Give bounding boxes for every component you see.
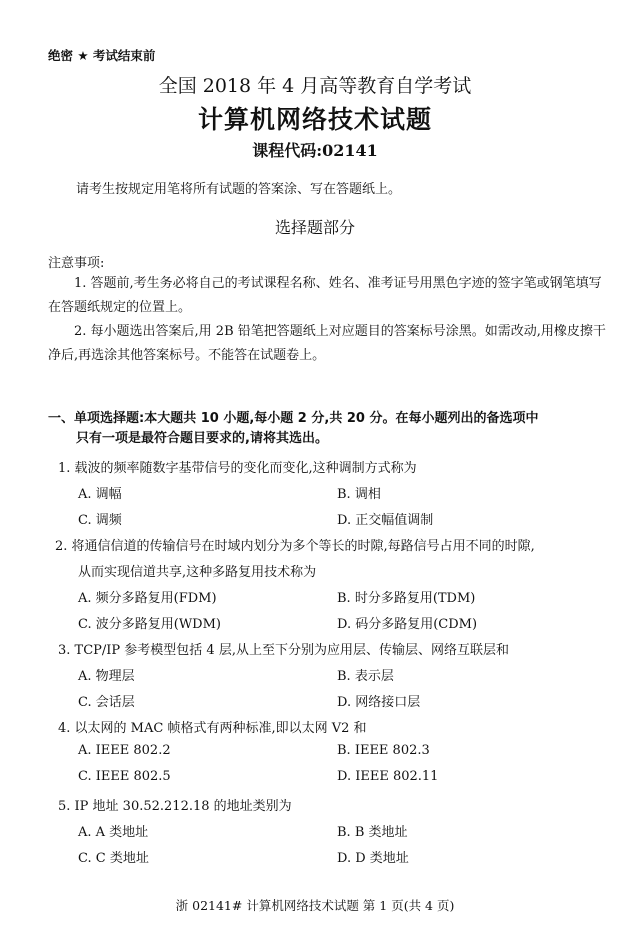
option: C. C 类地址 <box>78 847 149 866</box>
option: D. IEEE 802.11 <box>337 769 438 784</box>
question-stem: 4. 以太网的 MAC 帧格式有两种标准,即以太网 V2 和 <box>58 717 367 736</box>
section-heading-line: 只有一项是最符合题目要求的,请将其选出。 <box>48 429 628 449</box>
notes-heading: 注意事项: <box>48 252 104 271</box>
option: C. 会话层 <box>78 691 135 710</box>
section-heading: 一、单项选择题:本大题共 10 小题,每小题 2 分,共 20 分。在每小题列出… <box>48 409 628 449</box>
question-stem: 1. 载波的频率随数字基带信号的变化而变化,这种调制方式称为 <box>58 457 417 476</box>
confidential-label: 绝密 ★ 考试结束前 <box>48 46 155 64</box>
option: D. 网络接口层 <box>337 691 420 710</box>
option: B. IEEE 802.3 <box>337 743 430 758</box>
option: A. 物理层 <box>78 665 135 684</box>
option: B. 时分多路复用(TDM) <box>337 587 475 606</box>
subject-title: 计算机网络技术试题 <box>0 100 630 136</box>
option: C. 调频 <box>78 509 122 528</box>
option: A. A 类地址 <box>78 821 148 840</box>
option: D. D 类地址 <box>337 847 409 866</box>
option: A. 频分多路复用(FDM) <box>78 587 217 606</box>
option: D. 正交幅值调制 <box>337 509 433 528</box>
question-stem: 3. TCP/IP 参考模型包括 4 层,从上至下分别为应用层、传输层、网络互联… <box>58 639 509 658</box>
option: C. 波分多路复用(WDM) <box>78 613 221 632</box>
exam-title: 全国 2018 年 4 月高等教育自学考试 <box>0 71 630 98</box>
section-heading-line: 一、单项选择题:本大题共 10 小题,每小题 2 分,共 20 分。在每小题列出… <box>48 409 628 429</box>
option: B. 表示层 <box>337 665 394 684</box>
question-stem: 2. 将通信信道的传输信号在时域内划分为多个等长的时隙,每路信号占用不同的时隙, <box>55 535 535 554</box>
page-footer: 浙 02141# 计算机网络技术试题 第 1 页(共 4 页) <box>0 896 630 914</box>
part-title: 选择题部分 <box>0 215 630 238</box>
option: D. 码分多路复用(CDM) <box>337 613 477 632</box>
course-code: 课程代码:02141 <box>0 138 630 161</box>
option: B. B 类地址 <box>337 821 408 840</box>
option: C. IEEE 802.5 <box>78 769 171 784</box>
exam-instruction: 请考生按规定用笔将所有试题的答案涂、写在答题纸上。 <box>76 178 401 197</box>
note-item: 1. 答题前,考生务必将自己的考试课程名称、姓名、准考证号用黑色字迹的签字笔或钢… <box>48 272 608 320</box>
option: A. IEEE 802.2 <box>78 743 171 758</box>
question-stem: 5. IP 地址 30.52.212.18 的地址类别为 <box>58 795 292 814</box>
question-stem-cont: 从而实现信道共享,这种多路复用技术称为 <box>78 561 316 580</box>
note-item: 2. 每小题选出答案后,用 2B 铅笔把答题纸上对应题目的答案标号涂黑。如需改动… <box>48 320 608 368</box>
option: A. 调幅 <box>78 483 122 502</box>
option: B. 调相 <box>337 483 381 502</box>
